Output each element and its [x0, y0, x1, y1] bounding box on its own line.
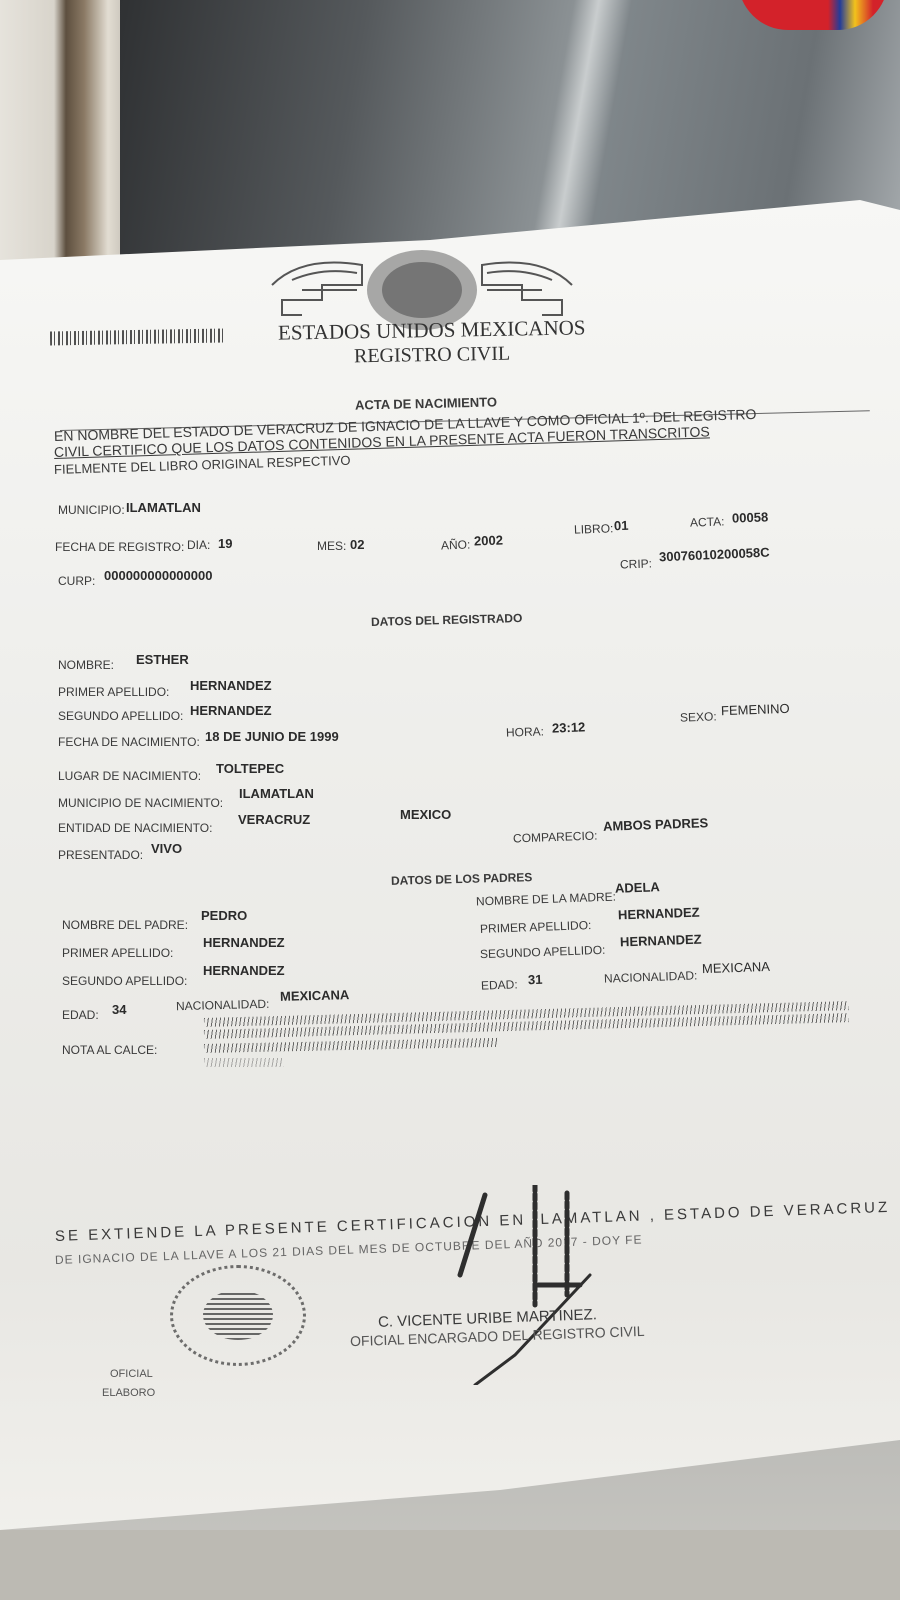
padre-edad-label: EDAD:: [62, 1008, 99, 1022]
office-title: REGISTRO CIVIL: [354, 343, 510, 369]
acta-value: 00058: [732, 509, 769, 525]
nota-hatch-3: [204, 1038, 499, 1053]
segundo-apellido-value: HERNANDEZ: [190, 703, 272, 718]
sexo-value: FEMENINO: [721, 701, 790, 718]
comparecio-value: AMBOS PADRES: [603, 815, 709, 834]
crip-label: CRIP:: [620, 556, 652, 571]
madre-segundo-apellido-value: HERNANDEZ: [620, 932, 702, 950]
madre-segundo-apellido-label: SEGUNDO APELLIDO:: [480, 943, 606, 961]
curp-value: 000000000000000: [104, 568, 212, 583]
sexo-label: SEXO:: [680, 709, 717, 724]
padre-primer-apellido-value: HERNANDEZ: [203, 935, 285, 950]
presentado-value: VIVO: [151, 841, 182, 856]
madre-nacionalidad-label: NACIONALIDAD:: [604, 968, 698, 985]
mes-value: 02: [350, 537, 364, 552]
elaboro-label-1: OFICIAL: [110, 1368, 153, 1380]
padre-segundo-apellido-label: SEGUNDO APELLIDO:: [62, 974, 187, 988]
municipio-nacimiento-value: ILAMATLAN: [239, 786, 314, 801]
madre-edad-label: EDAD:: [481, 977, 518, 992]
madre-nombre-value: ADELA: [615, 879, 660, 896]
padre-nombre-value: PEDRO: [201, 908, 247, 923]
padre-edad-value: 34: [112, 1002, 126, 1017]
lugar-nacimiento-label: LUGAR DE NACIMIENTO:: [58, 769, 201, 783]
segundo-apellido-label: SEGUNDO APELLIDO:: [58, 709, 183, 723]
acta-label: ACTA:: [690, 514, 725, 529]
country-title: ESTADOS UNIDOS MEXICANOS: [278, 315, 586, 345]
nota-hatch-4: [204, 1058, 284, 1067]
entidad-nacimiento-label: ENTIDAD DE NACIMIENTO:: [58, 821, 212, 835]
padre-nacionalidad-value: MEXICANA: [280, 987, 350, 1004]
document-title: ACTA DE NACIMIENTO: [355, 394, 497, 412]
barcode: [50, 328, 225, 345]
padre-segundo-apellido-value: HERNANDEZ: [203, 963, 285, 978]
padre-primer-apellido-label: PRIMER APELLIDO:: [62, 946, 173, 960]
anio-value: 2002: [474, 532, 503, 548]
primer-apellido-value: HERNANDEZ: [190, 678, 272, 693]
elaboro-label-2: ELABORO: [102, 1387, 155, 1399]
primer-apellido-label: PRIMER APELLIDO:: [58, 685, 169, 699]
signature-icon: [455, 1185, 605, 1385]
libro-label: LIBRO:: [574, 521, 614, 536]
nota-al-calce-label: NOTA AL CALCE:: [62, 1043, 157, 1057]
presentado-label: PRESENTADO:: [58, 848, 143, 862]
padre-nombre-label: NOMBRE DEL PADRE:: [62, 918, 188, 932]
datos-padres-title: DATOS DE LOS PADRES: [391, 870, 533, 888]
pais-value: MEXICO: [400, 807, 451, 822]
mes-label: MES:: [317, 539, 346, 553]
libro-value: 01: [614, 518, 629, 533]
nombre-label: NOMBRE:: [58, 658, 114, 672]
municipio-nacimiento-label: MUNICIPIO DE NACIMIENTO:: [58, 796, 223, 810]
document-content: ESTADOS UNIDOS MEXICANOS REGISTRO CIVIL …: [0, 0, 900, 1600]
hora-label: HORA:: [506, 724, 544, 739]
comparecio-label: COMPARECIO:: [513, 829, 598, 846]
anio-label: AÑO:: [441, 537, 471, 552]
fecha-registro-label: FECHA DE REGISTRO:: [55, 540, 184, 554]
municipio-value: ILAMATLAN: [126, 500, 201, 515]
dia-label: DIA:: [187, 538, 210, 552]
madre-primer-apellido-label: PRIMER APELLIDO:: [480, 918, 592, 936]
madre-nacionalidad-value: MEXICANA: [702, 959, 770, 976]
fecha-nacimiento-label: FECHA DE NACIMIENTO:: [58, 735, 200, 749]
madre-edad-value: 31: [528, 972, 543, 987]
hora-value: 23:12: [552, 719, 586, 735]
crip-value: 30076010200058C: [659, 545, 770, 565]
madre-primer-apellido-value: HERNANDEZ: [618, 905, 700, 923]
entidad-nacimiento-value: VERACRUZ: [238, 812, 310, 827]
datos-registrado-title: DATOS DEL REGISTRADO: [371, 611, 523, 629]
municipio-label: MUNICIPIO:: [58, 503, 125, 517]
lugar-nacimiento-value: TOLTEPEC: [216, 761, 284, 776]
dia-value: 19: [218, 536, 232, 551]
madre-nombre-label: NOMBRE DE LA MADRE:: [476, 890, 616, 909]
padre-nacionalidad-label: NACIONALIDAD:: [176, 997, 270, 1013]
fecha-nacimiento-value: 18 DE JUNIO DE 1999: [205, 729, 339, 744]
nombre-value: ESTHER: [136, 652, 189, 667]
curp-label: CURP:: [58, 574, 95, 588]
official-seal-icon: [170, 1265, 306, 1366]
